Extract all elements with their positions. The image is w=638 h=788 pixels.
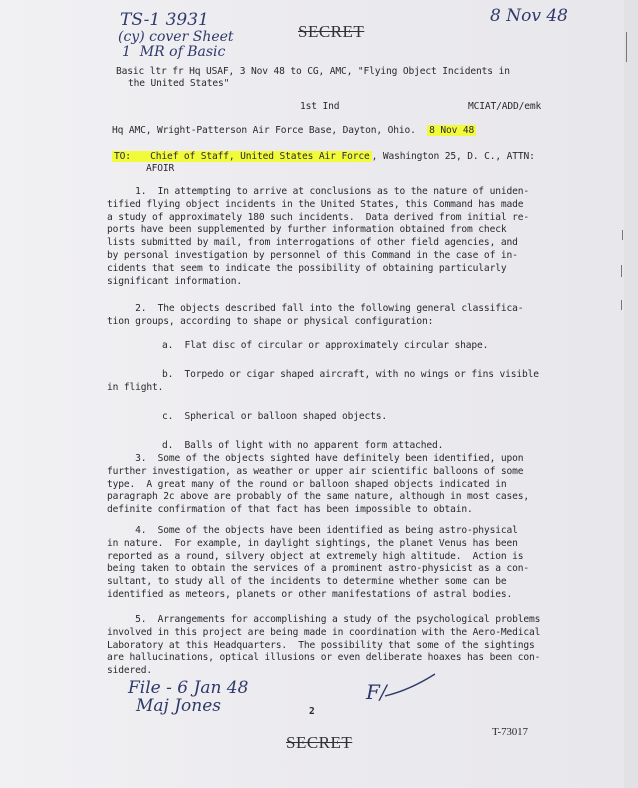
classification-item: d. Balls of light with no apparent form … (162, 440, 443, 452)
office-symbol: MCIAT/ADD/emk (468, 101, 541, 113)
handwritten-name: Maj Jones (136, 696, 221, 716)
text-line: ports have been supplemented by further … (107, 224, 506, 236)
from-line: Hq AMC, Wright-Patterson Air Force Base,… (112, 125, 476, 137)
margin-mark (626, 32, 627, 62)
text-line: reported as a round, silvery object at e… (107, 551, 523, 563)
text-line: 3. Some of the objects sighted have defi… (107, 453, 523, 465)
text-line: Laboratory at this Headquarters. The pos… (107, 640, 535, 652)
text-line: cidents that seem to indicate the possib… (107, 263, 506, 275)
text-line: in nature. For example, in daylight sigh… (107, 538, 518, 550)
text-line: sultant, to study all of the incidents t… (107, 576, 506, 588)
classification-item-continuation: in flight. (107, 382, 163, 394)
document-page: TS-1 3931 (cy) cover Sheet 1 MR of Basic… (0, 0, 638, 788)
text-line: lists submitted by mail, from interrogat… (107, 237, 518, 249)
handwritten-ref-number: TS-1 3931 (120, 10, 209, 30)
text-line: type. A great many of the round or ballo… (107, 479, 506, 491)
classification-item: c. Spherical or balloon shaped objects. (162, 411, 387, 423)
margin-mark (621, 300, 622, 310)
classification-stamp-top: SECRET (298, 22, 364, 42)
text-line: identified as meteors, planets or other … (107, 589, 512, 601)
initials-flourish (380, 670, 440, 700)
handwritten-file-note: File - 6 Jan 48 (128, 678, 248, 698)
text-line: tion groups, according to shape or physi… (107, 316, 433, 328)
text-line: definite confirmation of that fact has b… (107, 504, 473, 516)
text-line: are hallucinations, optical illusions or… (107, 652, 540, 664)
text-line: 2. The objects described fall into the f… (107, 303, 523, 315)
text-line: significant information. (107, 276, 242, 288)
page-number: 2 (309, 706, 315, 718)
text-line: further investigation, as weather or upp… (107, 466, 523, 478)
text-line: a study of approximately 180 such incide… (107, 212, 529, 224)
handwritten-date: 8 Nov 48 (490, 6, 568, 26)
text-line: involved in this project are being made … (107, 627, 540, 639)
text-line: being taken to obtain the services of a … (107, 563, 529, 575)
text-line: sidered. (107, 665, 152, 677)
text-line: 1. In attempting to arrive at conclusion… (107, 186, 529, 198)
control-number: T-73017 (492, 726, 528, 738)
classification-item: b. Torpedo or cigar shaped aircraft, wit… (162, 369, 539, 381)
to-recipient-rest: , Washington 25, D. C., ATTN: (372, 151, 535, 162)
text-line: 5. Arrangements for accomplishing a stud… (107, 614, 540, 626)
basic-letter-line2: the United States" (128, 78, 229, 90)
highlighted-date: 8 Nov 48 (427, 125, 476, 136)
page-edge (624, 0, 638, 788)
handwritten-note-line2: 1 MR of Basic (122, 44, 225, 60)
handwritten-note-line1: (cy) cover Sheet (118, 29, 234, 45)
to-attn: AFOIR (146, 163, 174, 175)
to-line: TO: Chief of Staff, United States Air Fo… (112, 151, 535, 163)
text-line: 4. Some of the objects have been identif… (107, 525, 518, 537)
classification-item: a. Flat disc of circular or approximatel… (162, 340, 488, 352)
basic-letter-line1: Basic ltr fr Hq USAF, 3 Nov 48 to CG, AM… (116, 66, 510, 78)
indorsement-label: 1st Ind (300, 101, 339, 113)
text-line: tified flying object incidents in the Un… (107, 199, 523, 211)
text-line: by personal investigation by personnel o… (107, 250, 518, 262)
text-line: paragraph 2c above are probably of the s… (107, 491, 529, 503)
margin-mark (622, 230, 623, 240)
to-label: TO: (112, 151, 133, 162)
margin-mark (621, 265, 622, 277)
classification-stamp-bottom: SECRET (286, 733, 352, 753)
to-recipient-highlighted: Chief of Staff, United States Air Force (148, 151, 371, 162)
from-address: Hq AMC, Wright-Patterson Air Force Base,… (112, 125, 416, 136)
